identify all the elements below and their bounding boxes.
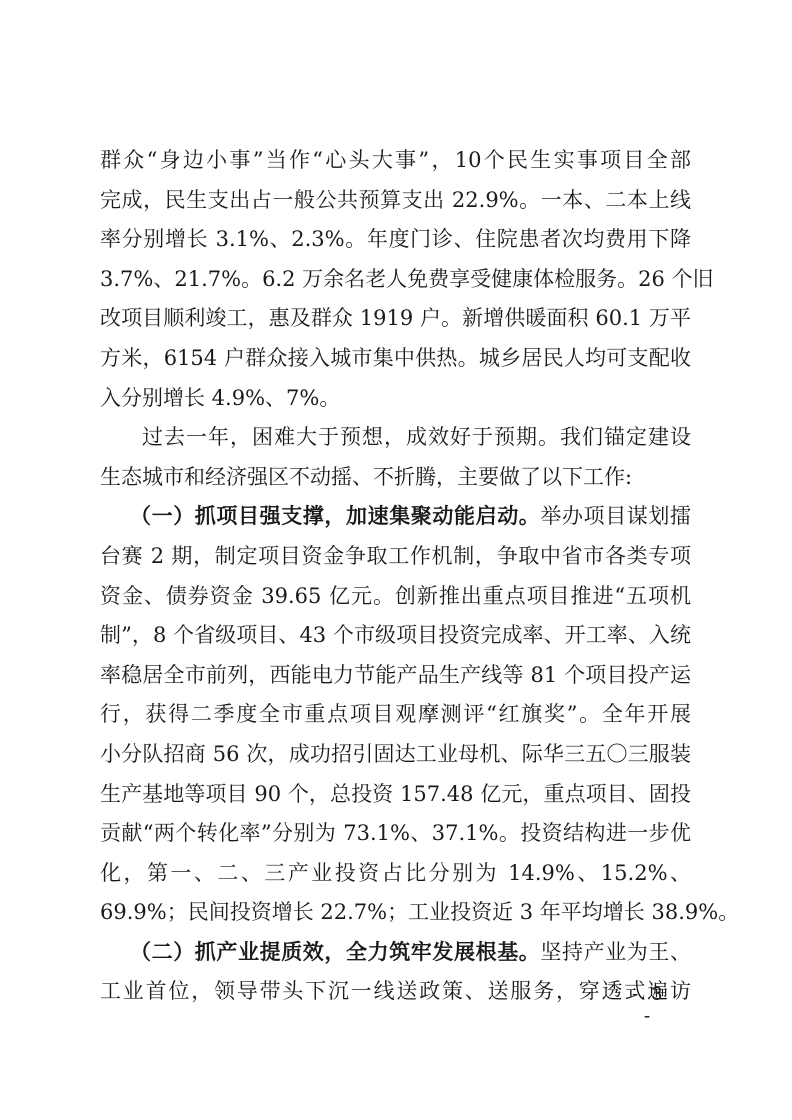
text-line: 率分别增长 3.1%、2.3%。年度门诊、住院患者次均费用下降 — [100, 225, 691, 265]
text-line: 台赛 2 期，制定项目资金争取工作机制，争取中省市各类专项 — [100, 542, 691, 582]
text-line: 方米，6154 户群众接入城市集中供热。城乡居民人均可支配收 — [100, 344, 691, 384]
paragraph-section-projects: （一）抓项目强支撑，加速集聚动能启动。举办项目谋划擂 台赛 2 期，制定项目资金… — [100, 502, 691, 938]
text-line: 化，第一、二、三产业投资占比分别为 14.9%、15.2%、 — [100, 859, 691, 899]
text-line: 资金、债券资金 39.65 亿元。创新推出重点项目推进“五项机 — [100, 582, 691, 622]
text-line: 生产基地等项目 90 个，总投资 157.48 亿元，重点项目、固投 — [100, 780, 691, 820]
paragraph-section-industry: （二）抓产业提质效，全力筑牢发展根基。坚持产业为王、 工业首位，领导带头下沉一线… — [100, 938, 691, 1017]
section-heading: （一）抓项目强支撑，加速集聚动能启动。 — [130, 503, 540, 528]
text-line: 制”，8 个省级项目、43 个市级项目投资完成率、开工率、入统 — [100, 621, 691, 661]
text-line: （一）抓项目强支撑，加速集聚动能启动。举办项目谋划擂 — [100, 502, 691, 542]
text-line: 改项目顺利竣工，惠及群众 1919 户。新增供暖面积 60.1 万平 — [100, 304, 691, 344]
document-page: 群众“身边小事”当作“心头大事”，10个民生实事项目全部 完成，民生支出占一般公… — [0, 0, 792, 1120]
text-line: 3.7%、21.7%。6.2 万余名老人免费享受健康体检服务。26 个旧 — [100, 265, 691, 305]
text-line: （二）抓产业提质效，全力筑牢发展根基。坚持产业为王、 — [100, 938, 691, 978]
text-line: 入分别增长 4.9%、7%。 — [100, 384, 691, 424]
text-line: 贡献“两个转化率”分别为 73.1%、37.1%。投资结构进一步优 — [100, 819, 691, 859]
text-line: 生态城市和经济强区不动摇、不折腾，主要做了以下工作: — [100, 463, 691, 503]
text-run: 坚持产业为王、 — [540, 940, 691, 964]
text-line: 工业首位，领导带头下沉一线送政策、送服务，穿透式遍访 — [100, 977, 691, 1017]
section-heading: （二）抓产业提质效，全力筑牢发展根基。 — [130, 939, 540, 964]
paragraph-past-year-intro: 过去一年，困难大于预想，成效好于预期。我们锚定建设 生态城市和经济强区不动摇、不… — [100, 423, 691, 502]
text-line: 群众“身边小事”当作“心头大事”，10个民生实事项目全部 — [100, 146, 691, 186]
body-text: 群众“身边小事”当作“心头大事”，10个民生实事项目全部 完成，民生支出占一般公… — [100, 146, 691, 1017]
text-line: 率稳居全市前列，西能电力节能产品生产线等 81 个项目投产运 — [100, 661, 691, 701]
page-number: - 3 - — [624, 984, 674, 1028]
text-line: 完成，民生支出占一般公共预算支出 22.9%。一本、二本上线 — [100, 186, 691, 226]
text-line: 69.9%；民间投资增长 22.7%；工业投资近 3 年平均增长 38.9%。 — [100, 898, 691, 938]
text-line: 行，获得二季度全市重点项目观摩测评“红旗奖”。全年开展 — [100, 700, 691, 740]
text-line: 小分队招商 56 次，成功招引固达工业母机、际华三五〇三服装 — [100, 740, 691, 780]
text-line: 过去一年，困难大于预想，成效好于预期。我们锚定建设 — [100, 423, 691, 463]
paragraph-livelihood-results: 群众“身边小事”当作“心头大事”，10个民生实事项目全部 完成，民生支出占一般公… — [100, 146, 691, 423]
text-run: 举办项目谋划擂 — [540, 504, 691, 528]
